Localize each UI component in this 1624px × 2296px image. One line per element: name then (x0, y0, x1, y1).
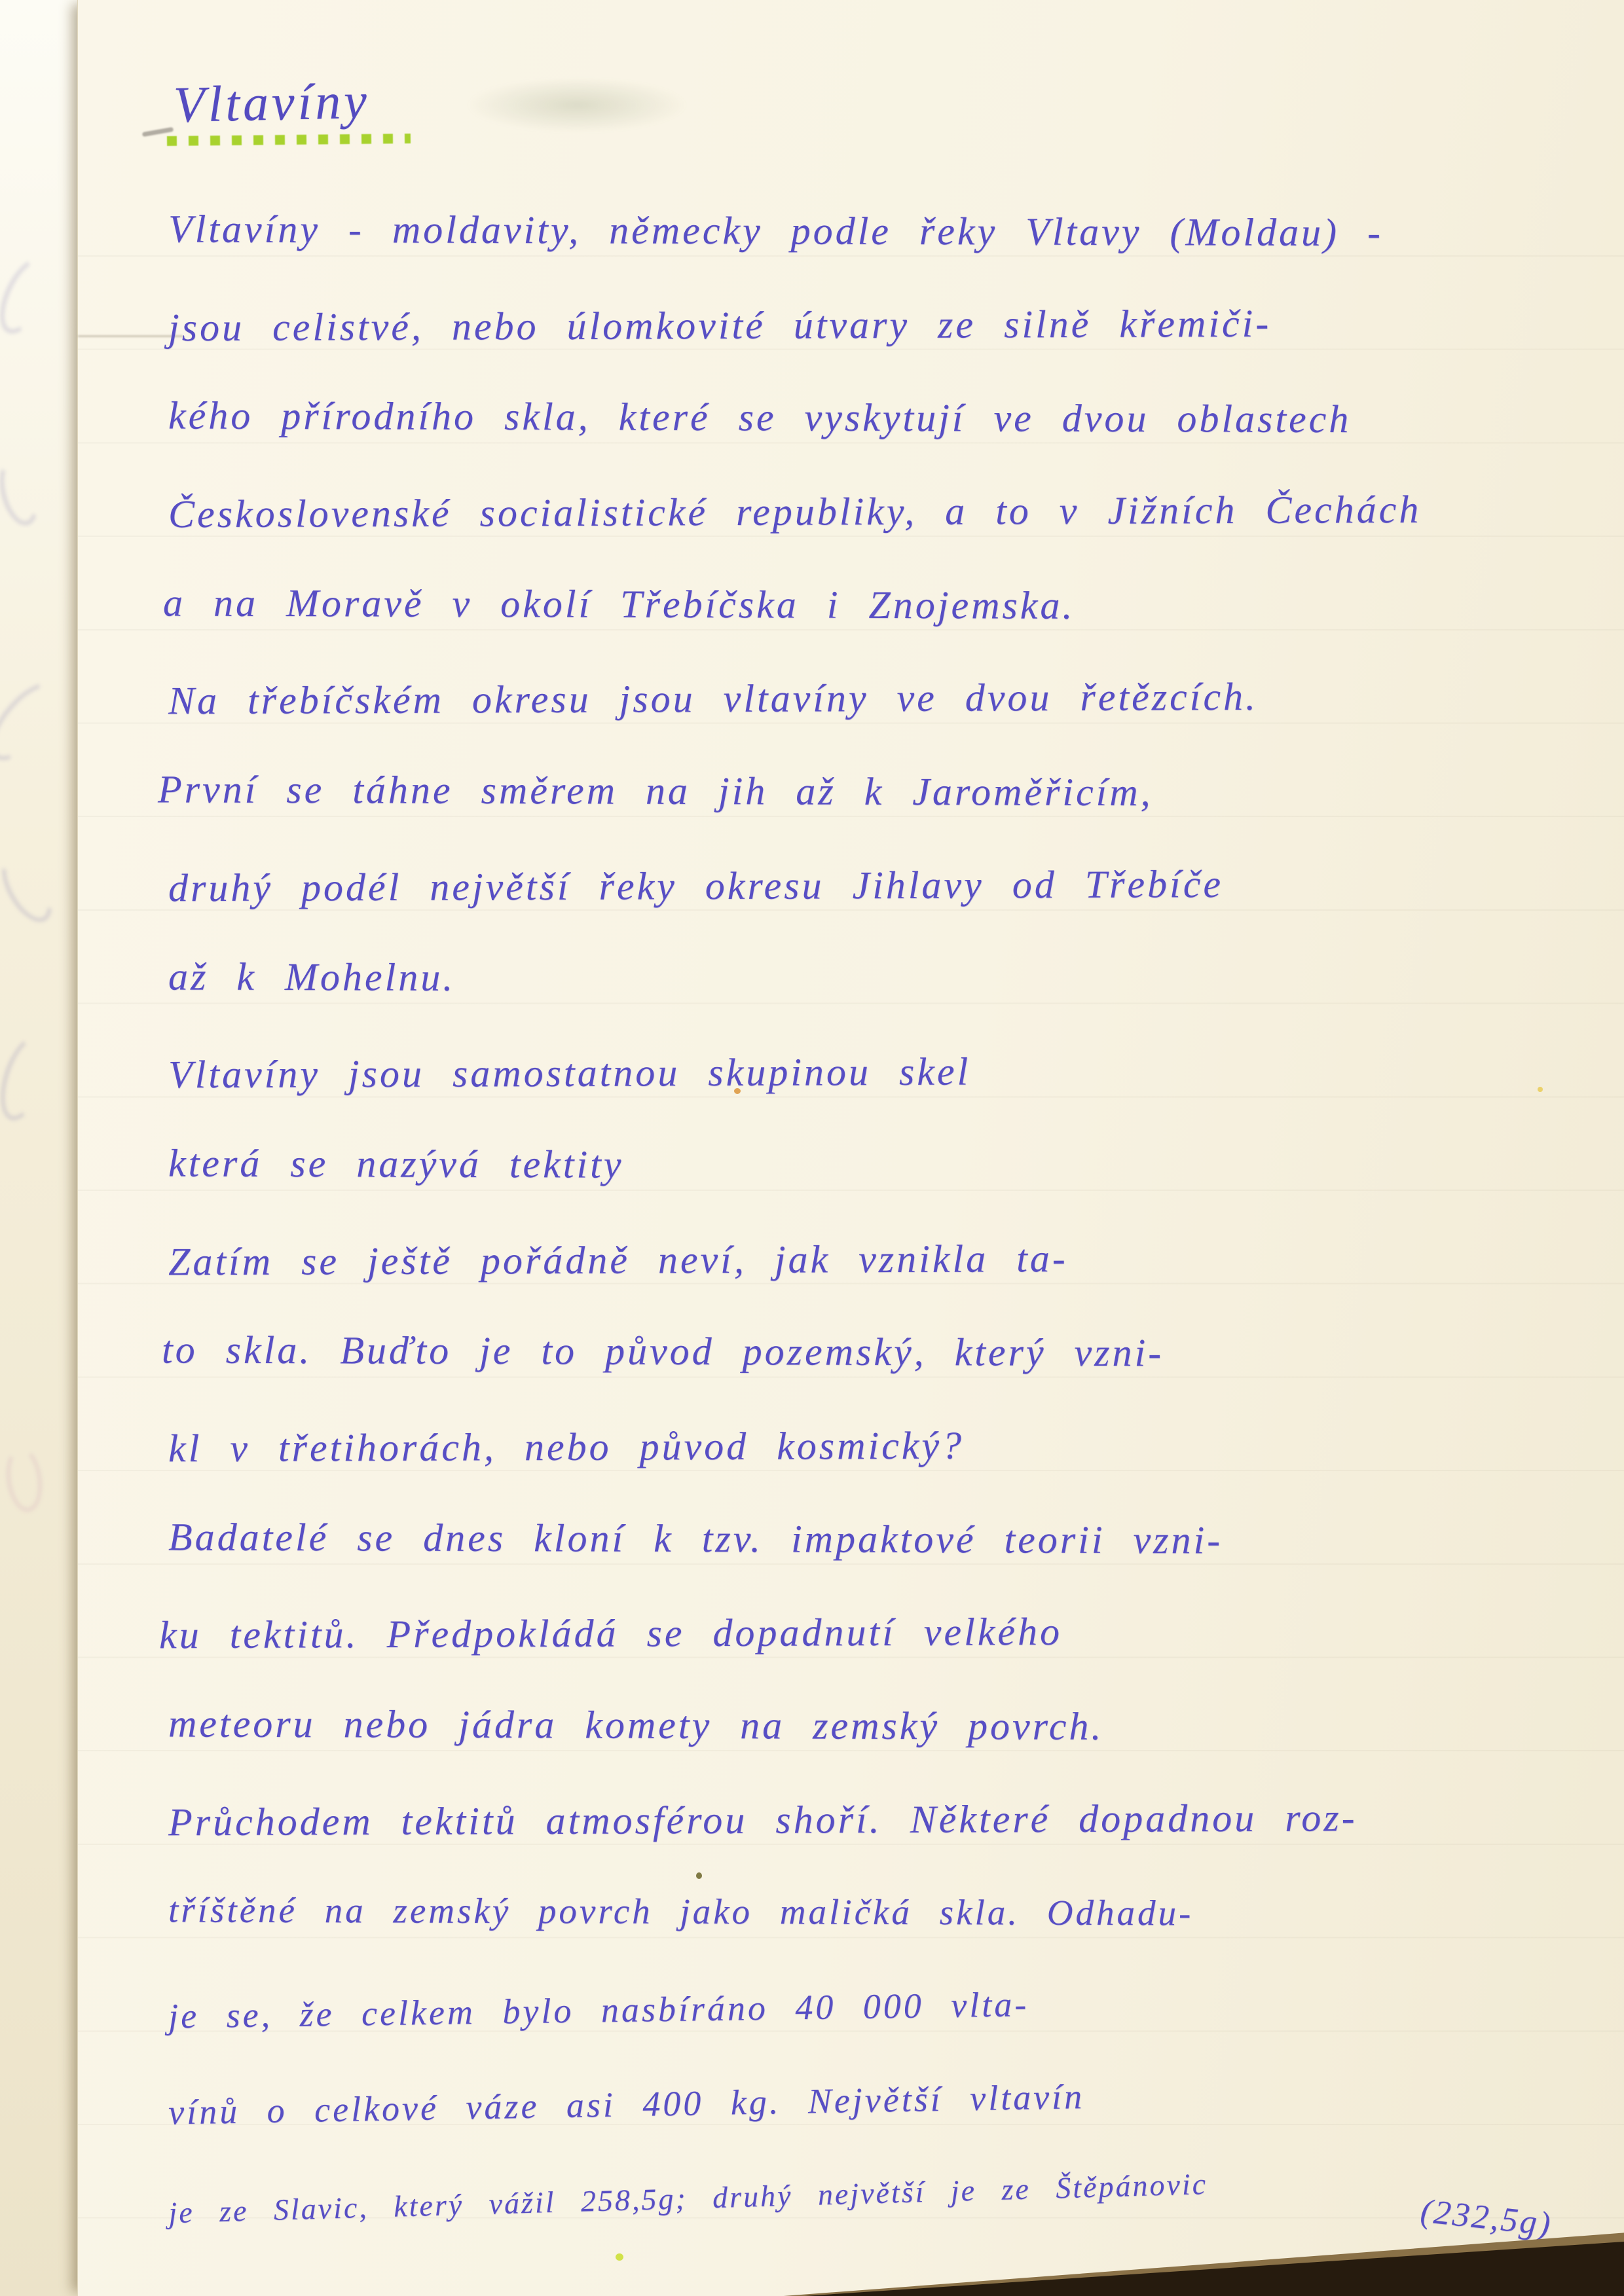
handwritten-line: to skla. Buďto je to původ pozemský, kte… (162, 1303, 1624, 1402)
bleed-through-mark (0, 671, 72, 772)
paper-speck (734, 1088, 741, 1094)
handwritten-line: Badatelé se dnes kloní k tzv. impaktové … (168, 1490, 1624, 1588)
bleed-through-mark (0, 1030, 57, 1127)
handwritten-line: až k Mohelnu. (168, 930, 1624, 1028)
page-title: Vltavíny (173, 71, 371, 134)
scanned-page: Vltavíny Vltavíny - moldavity, německy p… (0, 0, 1624, 2296)
handwritten-line: Československé socialistické republiky, … (168, 462, 1624, 561)
handwritten-line: Vltavíny - moldavity, německy podle řeky… (168, 182, 1624, 280)
bleed-through-mark (2, 1445, 46, 1515)
bleed-through-mark (0, 455, 45, 530)
handwritten-line: První se táhne směrem na jih až k Jaromě… (158, 743, 1624, 841)
handwritten-line: ku tektitů. Předpokládá se dopadnutí vel… (159, 1583, 1624, 1682)
paper-speck (1538, 1087, 1543, 1092)
paper-speck (696, 1872, 702, 1879)
handwritten-line: Vltavíny jsou samostatnou skupinou skel (168, 1023, 1624, 1121)
bleed-through-mark (0, 251, 60, 341)
handwritten-line: Zatím se ještě pořádně neví, jak vznikla… (168, 1209, 1624, 1308)
paper-sheet: Vltavíny Vltavíny - moldavity, německy p… (77, 0, 1624, 2296)
underlying-page-edge (0, 0, 83, 2296)
handwritten-text-block: Vltavíny - moldavity, německy podle řeky… (168, 185, 1624, 2240)
handwritten-line: kl v třetihorách, nebo původ kosmický? (168, 1396, 1624, 1495)
handwritten-line: meteoru nebo jádra komety na zemský povr… (168, 1677, 1624, 1775)
green-marker-underline (167, 134, 411, 146)
handwritten-line: tříštěné na zemský povrch jako maličká s… (168, 1864, 1624, 1962)
handwritten-line: která se nazývá tektity (168, 1116, 1624, 1214)
handwritten-line: a na Moravě v okolí Třebíčska i Znojemsk… (163, 556, 1624, 654)
handwritten-line: jsou celistvé, nebo úlomkovité útvary ze… (168, 275, 1624, 374)
handwritten-line: Na třebíčském okresu jsou vltavíny ve dv… (168, 649, 1624, 748)
paper-crease (78, 335, 183, 337)
faded-smudge (466, 77, 688, 133)
paper-speck (616, 2253, 623, 2261)
pencil-mark (142, 127, 174, 137)
bleed-through-mark (0, 847, 62, 930)
handwritten-line: kého přírodního skla, které se vyskytují… (168, 369, 1624, 467)
handwritten-line: Průchodem tektitů atmosférou shoří. Někt… (168, 1770, 1624, 1868)
handwritten-line: druhý podél největší řeky okresu Jihlavy… (168, 836, 1624, 935)
